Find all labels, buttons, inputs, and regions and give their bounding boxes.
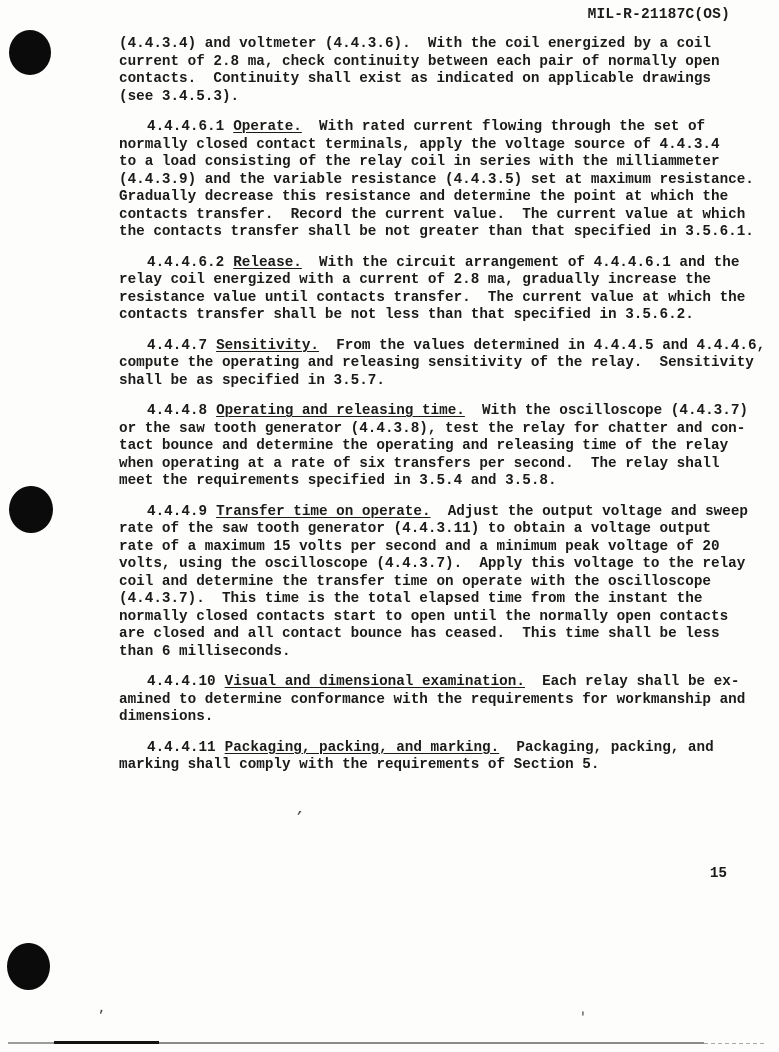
scan-edge-line: [54, 1041, 159, 1044]
paragraph-heading: Packaging, packing, and marking.: [225, 740, 500, 756]
document-id-header: MIL-R-21187C(OS): [588, 7, 730, 23]
paragraph-visual-examination: 4.4.4.10Visual and dimensional examinati…: [119, 674, 774, 727]
paragraph-number: 4.4.4.8: [147, 403, 207, 419]
scan-edge-line: [704, 1043, 766, 1044]
paragraph-text: With rated current flowing through the s…: [119, 119, 754, 240]
paragraph-heading: Sensitivity.: [216, 338, 319, 354]
paragraph-transfer-time: 4.4.4.9Transfer time on operate. Adjust …: [119, 504, 774, 662]
paragraph-heading: Operating and releasing time.: [216, 403, 465, 419]
paragraph-continuation: (4.4.3.4) and voltmeter (4.4.3.6). With …: [119, 36, 774, 106]
paragraph-number: 4.4.4.10: [147, 674, 216, 690]
paragraph-heading: Visual and dimensional examination.: [225, 674, 525, 690]
paragraph-number: 4.4.4.7: [147, 338, 207, 354]
paragraph-packaging: 4.4.4.11Packaging, packing, and marking.…: [119, 740, 774, 775]
hole-punch-mark: [9, 486, 53, 533]
hole-punch-mark: [9, 30, 51, 75]
body-text: (4.4.3.4) and voltmeter (4.4.3.6). With …: [119, 36, 774, 788]
paragraph-text: (4.4.3.4) and voltmeter (4.4.3.6). With …: [119, 36, 720, 105]
page-number: 15: [710, 866, 727, 882]
scanned-document-page: MIL-R-21187C(OS) (4.4.3.4) and voltmeter…: [0, 0, 779, 1052]
paragraph-operating-releasing-time: 4.4.4.8Operating and releasing time. Wit…: [119, 403, 774, 491]
paragraph-heading: Operate.: [233, 119, 302, 135]
paragraph-heading: Release.: [233, 255, 302, 271]
paragraph-number: 4.4.4.11: [147, 740, 216, 756]
paragraph-number: 4.4.4.6.1: [147, 119, 224, 135]
paragraph-number: 4.4.4.9: [147, 504, 207, 520]
paragraph-number: 4.4.4.6.2: [147, 255, 224, 271]
scan-edge-line: [159, 1042, 704, 1044]
scan-speck: ': [94, 1007, 106, 1024]
paragraph-release: 4.4.4.6.2Release. With the circuit arran…: [119, 255, 774, 325]
scan-edge-line: [8, 1042, 56, 1044]
hole-punch-mark: [7, 943, 50, 990]
scan-speck: ,: [296, 801, 307, 817]
paragraph-operate: 4.4.4.6.1Operate. With rated current flo…: [119, 119, 774, 242]
scan-speck: ': [579, 1010, 587, 1025]
paragraph-heading: Transfer time on operate.: [216, 504, 431, 520]
paragraph-text: Adjust the output voltage and sweep rate…: [119, 504, 748, 660]
paragraph-sensitivity: 4.4.4.7Sensitivity. From the values dete…: [119, 338, 774, 391]
